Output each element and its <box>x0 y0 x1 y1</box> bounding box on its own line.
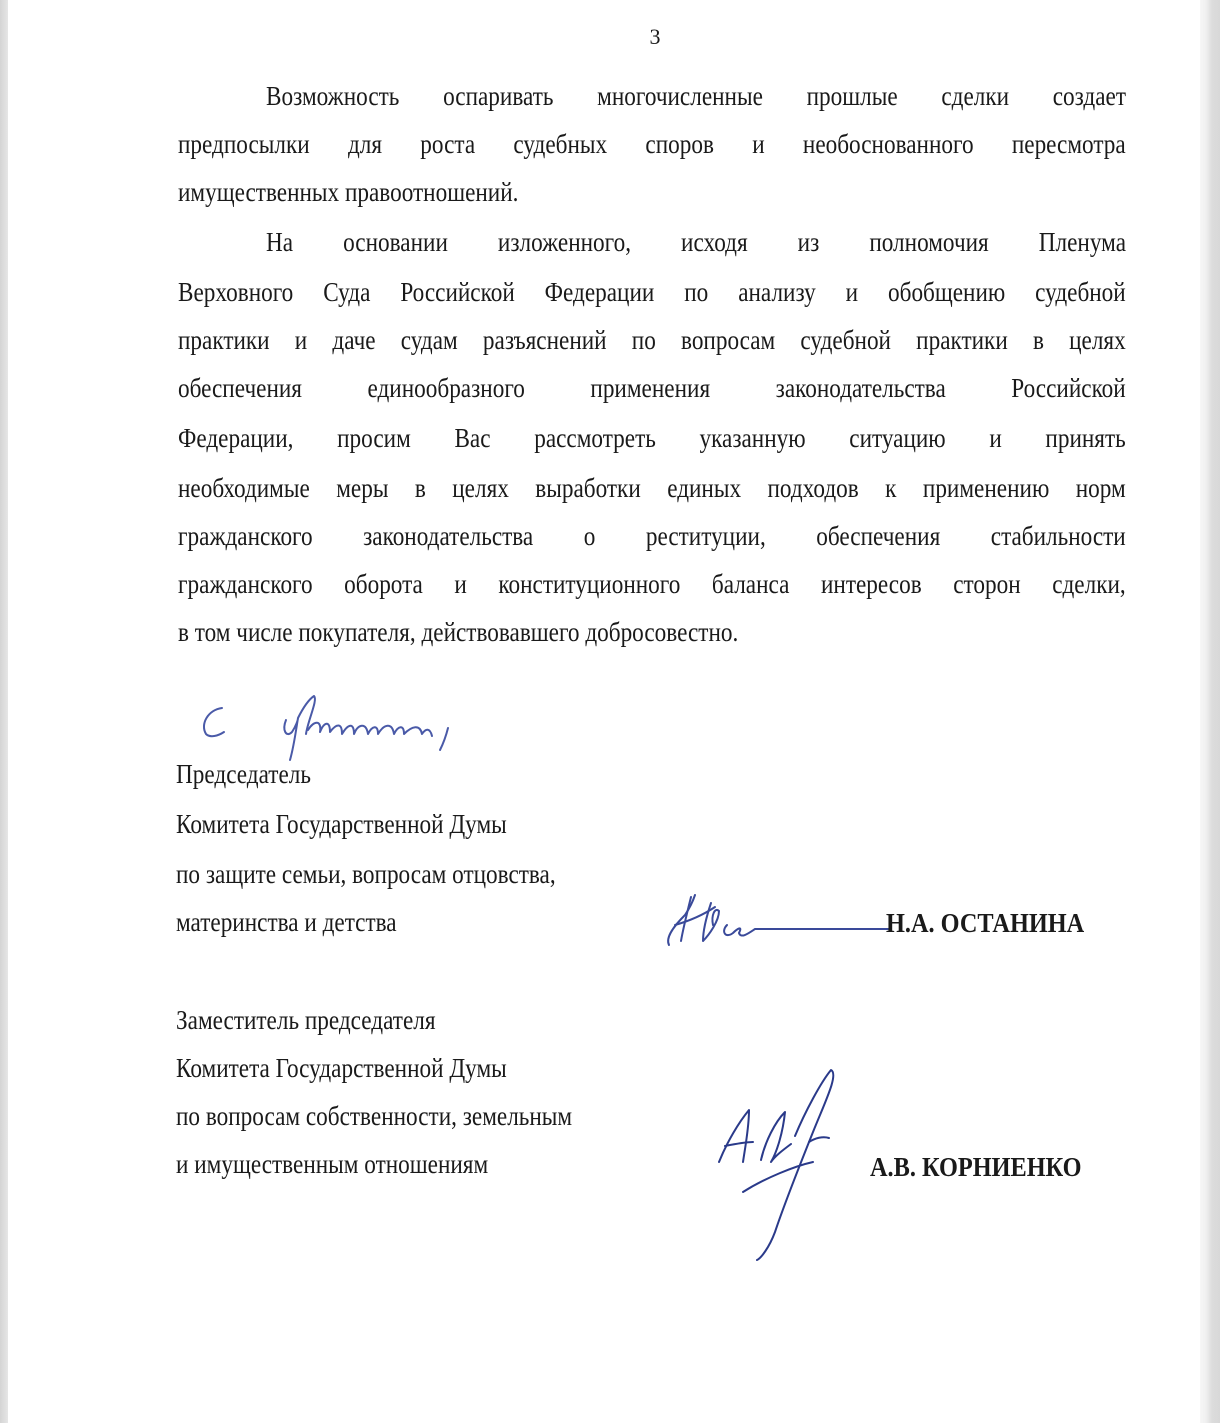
signatory-2-name: А.В. КОРНИЕНКО <box>870 1152 1082 1183</box>
paragraph-line: гражданского законодательства о реституц… <box>178 518 1126 554</box>
page-edge-left <box>0 0 8 1423</box>
page-edge-right <box>1200 0 1220 1423</box>
paragraph-line: гражданского оборота и конституционного … <box>178 566 1126 602</box>
signature-kornienko <box>705 1062 855 1262</box>
paragraph-line: в том числе покупателя, действовавшего д… <box>178 614 993 650</box>
paragraph-line: Возможность оспаривать многочисленные пр… <box>266 78 1126 114</box>
paragraph-line: Верховного Суда Российской Федерации по … <box>178 274 1126 310</box>
signatory-title-line: Комитета Государственной Думы <box>176 1050 507 1086</box>
paragraph-line: На основании изложенного, исходя из полн… <box>266 224 1126 260</box>
signatory-title-line: и имущественным отношениям <box>176 1146 488 1182</box>
signatory-title-line: Председатель <box>176 756 311 792</box>
signature-ostanina <box>655 885 895 955</box>
paragraph-line: имущественных правоотношений. <box>178 174 993 210</box>
signatory-title-line: Заместитель председателя <box>176 1002 436 1038</box>
paragraph-line: необходимые меры в целях выработки едины… <box>178 470 1126 506</box>
paragraph-line: практики и даче судам разъяснений по воп… <box>178 322 1126 358</box>
signatory-title-line: Комитета Государственной Думы <box>176 806 507 842</box>
paragraph-line: Федерации, просим Вас рассмотреть указан… <box>178 420 1126 456</box>
signatory-title-line: материнства и детства <box>176 904 397 940</box>
signatory-title-line: по защите семьи, вопросам отцовства, <box>176 856 556 892</box>
signatory-title-line: по вопросам собственности, земельным <box>176 1098 572 1134</box>
signatory-1-name: Н.А. ОСТАНИНА <box>886 908 1084 939</box>
paragraph-line: предпосылки для роста судебных споров и … <box>178 126 1126 162</box>
paragraph-line: обеспечения единообразного применения за… <box>178 370 1126 406</box>
page-number: 3 <box>0 24 1220 50</box>
